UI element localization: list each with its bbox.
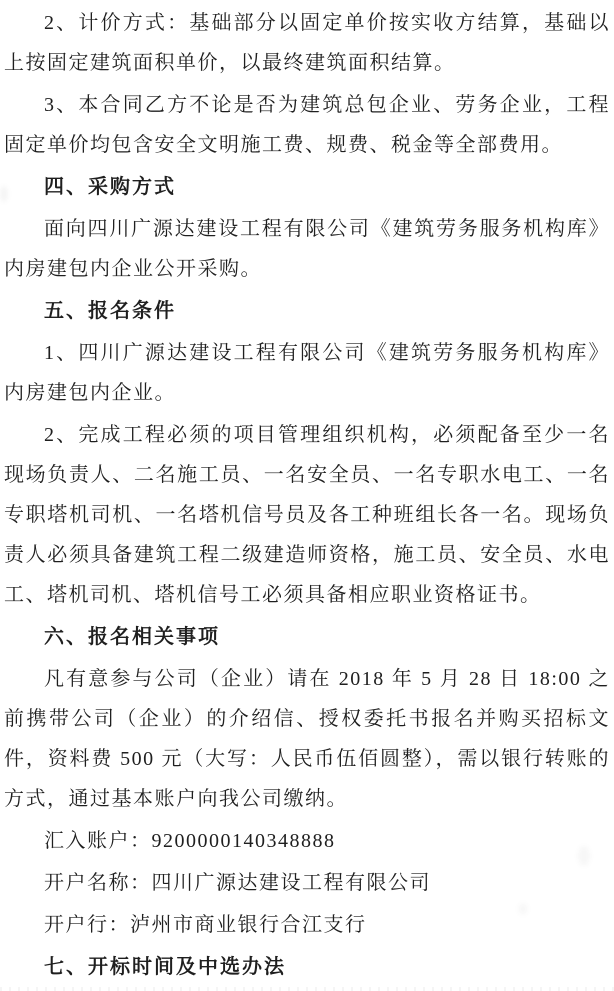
document-page: 2、计价方式：基础部分以固定单价按实收方结算，基础以上按固定建筑面积单价，以最终…	[0, 0, 614, 987]
scan-edge-noise	[0, 987, 614, 991]
section-heading-registration-conditions: 五、报名条件	[4, 291, 610, 331]
section-heading-procurement-method: 四、采购方式	[4, 167, 610, 207]
section-heading-registration-matters: 六、报名相关事项	[4, 617, 610, 657]
paragraph-registration-instructions: 凡有意参与公司（企业）请在 2018 年 5 月 28 日 18:00 之前携带…	[4, 659, 610, 819]
paragraph-condition-1: 1、四川广源达建设工程有限公司《建筑劳务服务机构库》内房建包内企业。	[4, 333, 610, 413]
paragraph-contract-fee-inclusion: 3、本合同乙方不论是否为建筑总包企业、劳务企业，工程固定单价均包含安全文明施工费…	[4, 85, 610, 165]
bank-account-number-line: 汇入账户：9200000140348888	[4, 821, 610, 861]
paragraph-pricing-method: 2、计价方式：基础部分以固定单价按实收方结算，基础以上按固定建筑面积单价，以最终…	[4, 3, 610, 83]
bank-account-name-line: 开户名称：四川广源达建设工程有限公司	[4, 863, 610, 903]
paragraph-procurement-scope: 面向四川广源达建设工程有限公司《建筑劳务服务机构库》内房建包内企业公开采购。	[4, 209, 610, 289]
section-heading-bid-opening: 七、开标时间及中选办法	[4, 947, 610, 987]
bank-branch-line: 开户行：泸州市商业银行合江支行	[4, 905, 610, 945]
paragraph-condition-2: 2、完成工程必须的项目管理组织机构，必须配备至少一名现场负责人、二名施工员、一名…	[4, 415, 610, 615]
